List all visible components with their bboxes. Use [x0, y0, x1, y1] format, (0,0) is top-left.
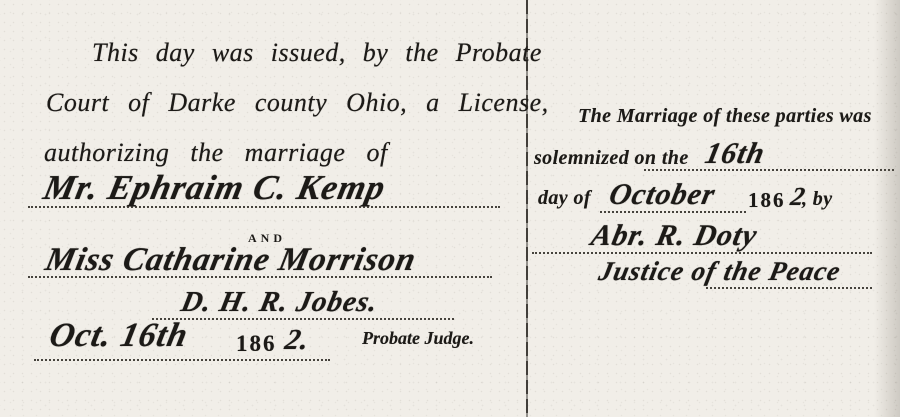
certificate-after-year: , by	[802, 188, 832, 211]
license-year-written: 2.	[282, 324, 313, 357]
certificate-year-printed: 186	[748, 188, 786, 213]
bride-name-entry: Miss Catharine Morrison	[42, 242, 420, 279]
license-form-line-3: authorizing the marriage of	[44, 138, 388, 168]
bride-dotted-rule	[28, 276, 492, 278]
officiant-title-dotted-rule	[706, 287, 872, 289]
probate-judge-signature: D. H. R. Jobes.	[178, 286, 381, 319]
officiant-signature: Abr. R. Doty	[588, 219, 761, 253]
officiant-title: Justice of the Peace	[596, 256, 844, 287]
license-form-line-1: This day was issued, by the Probate	[92, 38, 542, 68]
groom-name-entry: Mr. Ephraim C. Kemp	[40, 168, 389, 208]
license-date-entry: Oct. 16th	[46, 317, 192, 355]
certificate-form-line-2: solemnized on the	[534, 147, 689, 170]
page-fold-divider	[526, 0, 528, 417]
license-date-dotted-rule	[34, 359, 330, 361]
certificate-form-line-1: The Marriage of these parties was	[578, 105, 872, 128]
license-year-printed: 186	[236, 331, 277, 357]
license-form-line-2: Court of Darke county Ohio, a License,	[46, 88, 549, 118]
month-entry: October	[606, 178, 719, 212]
probate-judge-title: Probate Judge.	[362, 328, 474, 349]
certificate-form-line-3: day of	[538, 187, 591, 210]
day-entry: 16th	[702, 137, 768, 171]
judge-signature-dotted-rule	[152, 318, 454, 320]
day-dotted-rule	[644, 169, 894, 171]
groom-dotted-rule	[28, 206, 500, 208]
scanned-marriage-record: This day was issued, by the Probate Cour…	[0, 0, 900, 417]
officiant-signature-dotted-rule	[532, 252, 872, 254]
